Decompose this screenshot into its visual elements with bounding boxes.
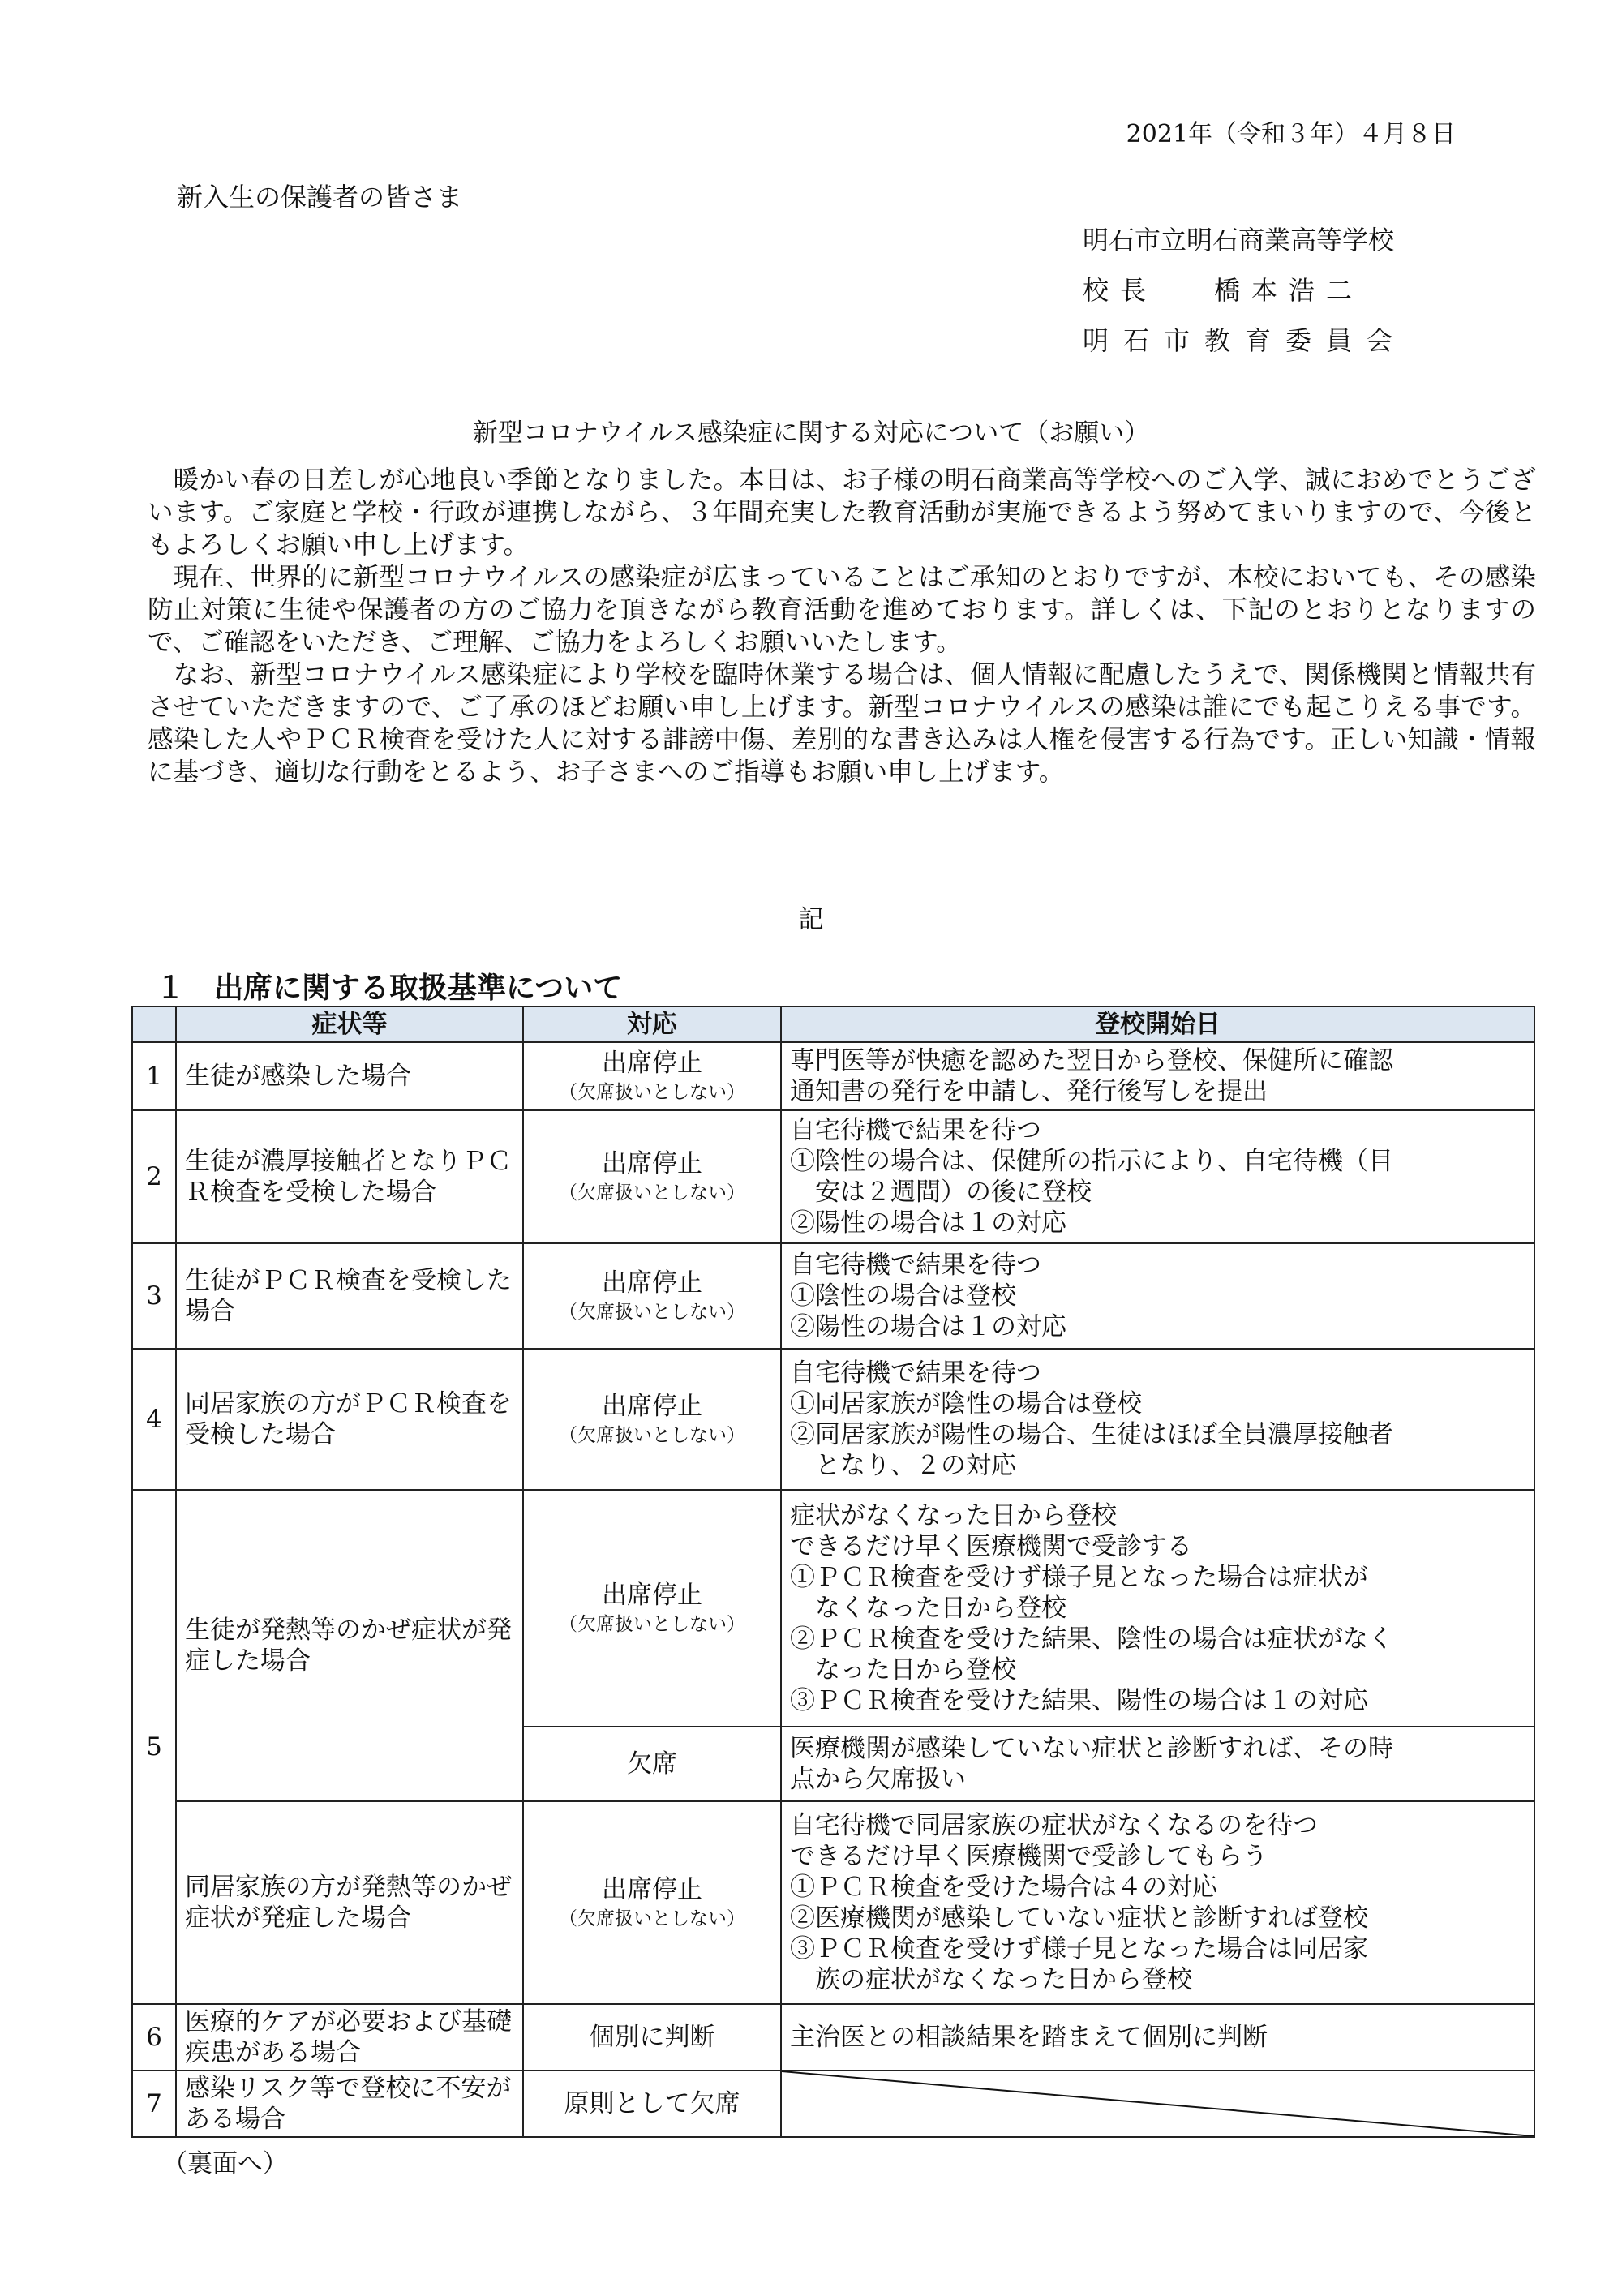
- response-note: （欠席扱いとしない）: [532, 1079, 772, 1105]
- row-number: 5: [132, 1490, 176, 2004]
- document-title: 新型コロナウイルス感染症に関する対応について（お願い）: [0, 412, 1622, 448]
- ki-marker: 記: [0, 899, 1622, 935]
- response-note: （欠席扱いとしない）: [532, 1180, 772, 1206]
- start-cell: 自宅待機で結果を待つ ①陰性の場合は登校 ②陽性の場合は１の対応: [781, 1243, 1534, 1349]
- symptom-cell: 同居家族の方がＰＣＲ検査を受検した場合: [176, 1349, 523, 1490]
- start-line: ②陽性の場合は１の対応: [790, 1208, 1525, 1238]
- sender-board: 明石市教育委員会: [1083, 315, 1407, 366]
- start-line: なった日から登校: [790, 1654, 1525, 1685]
- response-note: （欠席扱いとしない）: [532, 1423, 772, 1448]
- symptom-cell: 医療的ケアが必要および基礎疾患がある場合: [176, 2004, 523, 2071]
- response-label: 出席停止: [532, 1148, 772, 1180]
- attendance-criteria-table: 症状等 対応 登校開始日 1 生徒が感染した場合 出席停止 （欠席扱いとしない）…: [131, 1006, 1535, 2138]
- response-note: （欠席扱いとしない）: [532, 1906, 772, 1932]
- addressee: 新入生の保護者の皆さま: [177, 177, 462, 214]
- start-line: 自宅待機で結果を待つ: [790, 1358, 1525, 1388]
- row-number: 4: [132, 1349, 176, 1490]
- response-cell: 出席停止 （欠席扱いとしない）: [523, 1110, 781, 1243]
- response-cell: 出席停止 （欠席扱いとしない）: [523, 1243, 781, 1349]
- table-row: 5 生徒が発熱等のかぜ症状が発症した場合 出席停止 （欠席扱いとしない） 症状が…: [132, 1490, 1534, 1727]
- table-row: 4 同居家族の方がＰＣＲ検査を受検した場合 出席停止 （欠席扱いとしない） 自宅…: [132, 1349, 1534, 1490]
- start-line: ①陰性の場合は、保健所の指示により、自宅待機（目: [790, 1146, 1525, 1177]
- symptom-cell: 生徒が発熱等のかぜ症状が発症した場合: [176, 1490, 523, 1801]
- response-label: 出席停止: [532, 1267, 772, 1299]
- start-line: なくなった日から登校: [790, 1593, 1525, 1624]
- start-line: 自宅待機で結果を待つ: [790, 1250, 1525, 1281]
- start-line: できるだけ早く医療機関で受診してもらう: [790, 1841, 1525, 1872]
- table-row: 6 医療的ケアが必要および基礎疾患がある場合 個別に判断 主治医との相談結果を踏…: [132, 2004, 1534, 2071]
- row-number: 2: [132, 1110, 176, 1243]
- start-cell: 主治医との相談結果を踏まえて個別に判断: [781, 2004, 1534, 2071]
- response-label: 原則として欠席: [532, 2088, 772, 2120]
- symptom-cell: 感染リスク等で登校に不安がある場合: [176, 2071, 523, 2137]
- response-label: 出席停止: [532, 1047, 772, 1079]
- section-heading: １ 出席に関する取扱基準について: [156, 965, 622, 1006]
- response-cell: 出席停止 （欠席扱いとしない）: [523, 1042, 781, 1110]
- start-line: ①ＰＣＲ検査を受けず様子見となった場合は症状が: [790, 1562, 1525, 1593]
- principal-title: 校長: [1083, 275, 1157, 306]
- response-label: 出席停止: [532, 1579, 772, 1611]
- response-note: （欠席扱いとしない）: [532, 1611, 772, 1637]
- sender-block: 明石市立明石商業高等学校 校長橋本浩二 明石市教育委員会: [1083, 215, 1407, 366]
- principal-name: 橋本浩二: [1214, 275, 1363, 306]
- response-label: 出席停止: [532, 1390, 772, 1423]
- response-cell: 出席停止 （欠席扱いとしない）: [523, 1801, 781, 2004]
- sender-school: 明石市立明石商業高等学校: [1083, 215, 1407, 265]
- row-number: 3: [132, 1243, 176, 1349]
- sender-principal: 校長橋本浩二: [1083, 265, 1407, 315]
- start-cell: 自宅待機で結果を待つ ①陰性の場合は、保健所の指示により、自宅待機（目 安は２週…: [781, 1110, 1534, 1243]
- start-line: ②医療機関が感染していない症状と診断すれば登校: [790, 1903, 1525, 1933]
- response-note: （欠席扱いとしない）: [532, 1299, 772, 1325]
- start-line: 族の症状がなくなった日から登校: [790, 1964, 1525, 1995]
- start-cell: 症状がなくなった日から登校 できるだけ早く医療機関で受診する ①ＰＣＲ検査を受け…: [781, 1490, 1534, 1727]
- symptom-cell: 生徒がＰＣＲ検査を受検した場合: [176, 1243, 523, 1349]
- col-header-symptom: 症状等: [176, 1006, 523, 1042]
- col-header-start: 登校開始日: [781, 1006, 1534, 1042]
- start-line: 自宅待機で結果を待つ: [790, 1115, 1525, 1146]
- table-row: 同居家族の方が発熱等のかぜ症状が発症した場合 出席停止 （欠席扱いとしない） 自…: [132, 1801, 1534, 2004]
- start-line: 専門医等が快癒を認めた翌日から登校、保健所に確認: [790, 1045, 1525, 1076]
- start-line: できるだけ早く医療機関で受診する: [790, 1531, 1525, 1562]
- start-line: ②ＰＣＲ検査を受けた結果、陰性の場合は症状がなく: [790, 1624, 1525, 1654]
- start-line: 症状がなくなった日から登校: [790, 1500, 1525, 1531]
- document-date: 2021年（令和３年）４月８日: [1126, 114, 1456, 149]
- start-line: ①同居家族が陰性の場合は登校: [790, 1388, 1525, 1419]
- table-row: 2 生徒が濃厚接触者となりＰＣＲ検査を受検した場合 出席停止 （欠席扱いとしない…: [132, 1110, 1534, 1243]
- start-cell: 自宅待機で結果を待つ ①同居家族が陰性の場合は登校 ②同居家族が陽性の場合、生徒…: [781, 1349, 1534, 1490]
- start-line: 点から欠席扱い: [790, 1764, 1525, 1795]
- start-line: となり、２の対応: [790, 1450, 1525, 1481]
- response-cell: 個別に判断: [523, 2004, 781, 2071]
- diagonal-strike-line: [782, 2071, 1534, 2136]
- response-cell: 出席停止 （欠席扱いとしない）: [523, 1349, 781, 1490]
- response-label: 欠席: [532, 1748, 772, 1780]
- start-cell: 医療機関が感染していない症状と診断すれば、その時 点から欠席扱い: [781, 1727, 1534, 1801]
- response-label: 出席停止: [532, 1873, 772, 1906]
- start-line: ②陽性の場合は１の対応: [790, 1311, 1525, 1342]
- start-line: 自宅待機で同居家族の症状がなくなるのを待つ: [790, 1810, 1525, 1841]
- start-line: 通知書の発行を申請し、発行後写しを提出: [790, 1076, 1525, 1107]
- symptom-cell: 生徒が感染した場合: [176, 1042, 523, 1110]
- col-header-no: [132, 1006, 176, 1042]
- body-text: 暖かい春の日差しが心地良い季節となりました。本日は、お子様の明石商業高等学校への…: [148, 464, 1536, 788]
- paragraph: なお、新型コロナウイルス感染症により学校を臨時休業する場合は、個人情報に配慮した…: [148, 659, 1536, 788]
- start-line: ①ＰＣＲ検査を受けた場合は４の対応: [790, 1872, 1525, 1903]
- start-line: 主治医との相談結果を踏まえて個別に判断: [790, 2022, 1525, 2053]
- paragraph: 暖かい春の日差しが心地良い季節となりました。本日は、お子様の明石商業高等学校への…: [148, 464, 1536, 561]
- row-number: 1: [132, 1042, 176, 1110]
- start-line: ②同居家族が陽性の場合、生徒はほぼ全員濃厚接触者: [790, 1419, 1525, 1450]
- col-header-response: 対応: [523, 1006, 781, 1042]
- table-header-row: 症状等 対応 登校開始日: [132, 1006, 1534, 1042]
- start-cell: 自宅待機で同居家族の症状がなくなるのを待つ できるだけ早く医療機関で受診してもら…: [781, 1801, 1534, 2004]
- start-line: ③ＰＣＲ検査を受けた結果、陽性の場合は１の対応: [790, 1685, 1525, 1716]
- start-line: ③ＰＣＲ検査を受けず様子見となった場合は同居家: [790, 1933, 1525, 1964]
- response-cell: 出席停止 （欠席扱いとしない）: [523, 1490, 781, 1727]
- response-label: 個別に判断: [532, 2021, 772, 2054]
- response-cell: 欠席: [523, 1727, 781, 1801]
- response-cell: 原則として欠席: [523, 2071, 781, 2137]
- start-line: 安は２週間）の後に登校: [790, 1177, 1525, 1208]
- symptom-cell: 生徒が濃厚接触者となりＰＣＲ検査を受検した場合: [176, 1110, 523, 1243]
- row-number: 6: [132, 2004, 176, 2071]
- continued-on-back-note: （裏面へ）: [162, 2143, 288, 2179]
- empty-diagonal-cell: [781, 2071, 1534, 2137]
- paragraph: 現在、世界的に新型コロナウイルスの感染症が広まっていることはご承知のとおりですが…: [148, 561, 1536, 659]
- table-row: 1 生徒が感染した場合 出席停止 （欠席扱いとしない） 専門医等が快癒を認めた翌…: [132, 1042, 1534, 1110]
- table-row: 7 感染リスク等で登校に不安がある場合 原則として欠席: [132, 2071, 1534, 2137]
- start-line: ①陰性の場合は登校: [790, 1281, 1525, 1311]
- row-number: 7: [132, 2071, 176, 2137]
- symptom-cell: 同居家族の方が発熱等のかぜ症状が発症した場合: [176, 1801, 523, 2004]
- table-row: 3 生徒がＰＣＲ検査を受検した場合 出席停止 （欠席扱いとしない） 自宅待機で結…: [132, 1243, 1534, 1349]
- start-cell: 専門医等が快癒を認めた翌日から登校、保健所に確認 通知書の発行を申請し、発行後写…: [781, 1042, 1534, 1110]
- start-line: 医療機関が感染していない症状と診断すれば、その時: [790, 1733, 1525, 1764]
